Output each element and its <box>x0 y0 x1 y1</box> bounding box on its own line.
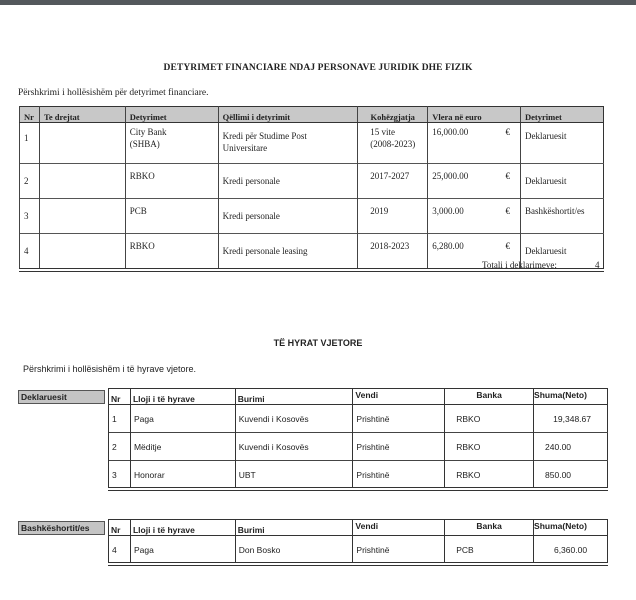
cell-detyrimet-line2: (SHBA) <box>130 139 160 149</box>
cell-qellimi-line2: Universitare <box>223 143 267 153</box>
cell-nr: 1 <box>20 123 40 164</box>
total-value: 4 <box>595 260 600 270</box>
cell-vlera: 25,000.00€ <box>428 164 521 199</box>
euro-icon: € <box>506 205 511 217</box>
cell-pala: Bashkëshortit/es <box>521 199 604 234</box>
cell-shuma: 240.00 <box>534 433 608 461</box>
table-row: 1 Paga Kuvendi i Kosovës Prishtinë RBKO … <box>109 405 608 433</box>
cell-shuma: 19,348.67 <box>534 405 608 433</box>
cell-lloji: Honorar <box>130 461 235 489</box>
col-nr: Nr <box>20 107 40 123</box>
annual-income-description: Përshkrimi i hollësishëm i të hyrave vje… <box>23 364 196 374</box>
cell-kohezgjatja: 2017-2027 <box>358 164 428 199</box>
cell-vendi: Prishtinë <box>353 461 445 489</box>
col-vendi: Vendi <box>353 520 445 536</box>
cell-detyrimet: RBKO <box>125 164 218 199</box>
cell-lloji: Mëditje <box>130 433 235 461</box>
table-row: 3 PCB Kredi personale 2019 3,000.00€ Bas… <box>20 199 604 234</box>
col-te-drejtat: Te drejtat <box>39 107 125 123</box>
cell-nr: 3 <box>109 461 131 489</box>
col-banka: Banka <box>445 389 534 405</box>
cell-burimi: Kuvendi i Kosovës <box>235 433 353 461</box>
table-row: 2 Mëditje Kuvendi i Kosovës Prishtinë RB… <box>109 433 608 461</box>
cell-qellimi: Kredi personale leasing <box>218 234 358 271</box>
cell-vendi: Prishtinë <box>353 536 445 564</box>
financial-obligations-description: Përshkrimi i hollësishëm për detyrimet f… <box>18 88 208 98</box>
cell-vlera-amount: 16,000.00 <box>432 127 468 137</box>
cell-nr: 4 <box>109 536 131 564</box>
col-pala: Detyrimet <box>521 107 604 123</box>
cell-te-drejtat <box>39 164 125 199</box>
col-burimi: Burimi <box>235 389 353 405</box>
group-label-declarant: Deklaruesit <box>18 390 105 404</box>
table-header-row: Nr Lloji i të hyrave Burimi Vendi Banka … <box>109 520 608 536</box>
cell-shuma: 850.00 <box>534 461 608 489</box>
cell-detyrimet: PCB <box>125 199 218 234</box>
cell-kohezgjatja: 2018-2023 <box>358 234 428 271</box>
table-header-row: Nr Te drejtat Detyrimet Qëllimi i detyri… <box>20 107 604 123</box>
cell-vendi: Prishtinë <box>353 433 445 461</box>
cell-qellimi: Kredi për Studime PostUniversitare <box>218 123 358 164</box>
col-qellimi: Qëllimi i detyrimit <box>218 107 358 123</box>
cell-banka: RBKO <box>445 405 534 433</box>
table-header-row: Nr Lloji i të hyrave Burimi Vendi Banka … <box>109 389 608 405</box>
total-declarations: Totali i deklarimeve: 4 <box>482 260 557 270</box>
cell-kohezgjatja: 15 vite(2008-2023) <box>358 123 428 164</box>
cell-shuma: 6,360.00 <box>534 536 608 564</box>
cell-vlera-amount: 6,280.00 <box>432 241 464 251</box>
income-table-declarant: Nr Lloji i të hyrave Burimi Vendi Banka … <box>108 388 608 491</box>
euro-icon: € <box>506 170 511 182</box>
financial-obligations-title: DETYRIMET FINANCIARE NDAJ PERSONAVE JURI… <box>0 63 636 73</box>
col-nr: Nr <box>109 520 131 536</box>
cell-banka: RBKO <box>445 461 534 489</box>
euro-icon: € <box>506 126 511 138</box>
cell-detyrimet-line1: City Bank <box>130 127 167 137</box>
cell-burimi: Don Bosko <box>235 536 353 564</box>
col-kohezgjatja: Kohëzgjatja <box>358 107 428 123</box>
cell-vlera: 16,000.00€ <box>428 123 521 164</box>
cell-vendi: Prishtinë <box>353 405 445 433</box>
table-row: 1 City Bank(SHBA) Kredi për Studime Post… <box>20 123 604 164</box>
table-row: 2 RBKO Kredi personale 2017-2027 25,000.… <box>20 164 604 199</box>
total-label: Totali i deklarimeve: <box>482 260 557 270</box>
cell-nr: 4 <box>20 234 40 271</box>
cell-banka: PCB <box>445 536 534 564</box>
col-detyrimet: Detyrimet <box>125 107 218 123</box>
cell-nr: 2 <box>20 164 40 199</box>
cell-kohezgjatja: 2019 <box>358 199 428 234</box>
cell-te-drejtat <box>39 234 125 271</box>
euro-icon: € <box>506 240 511 252</box>
cell-burimi: UBT <box>235 461 353 489</box>
cell-te-drejtat <box>39 123 125 164</box>
cell-detyrimet: RBKO <box>125 234 218 271</box>
cell-qellimi-line1: Kredi për Studime Post <box>223 131 307 141</box>
col-vendi: Vendi <box>353 389 445 405</box>
col-vlera: Vlera në euro <box>428 107 521 123</box>
table-row: 3 Honorar UBT Prishtinë RBKO 850.00 <box>109 461 608 489</box>
cell-nr: 1 <box>109 405 131 433</box>
cell-te-drejtat <box>39 199 125 234</box>
cell-lloji: Paga <box>130 405 235 433</box>
cell-qellimi: Kredi personale <box>218 199 358 234</box>
cell-kohezgjatja-line1: 15 vite <box>370 127 395 137</box>
col-burimi: Burimi <box>235 520 353 536</box>
cell-vlera-amount: 3,000.00 <box>432 206 464 216</box>
financial-obligations-table: Nr Te drejtat Detyrimet Qëllimi i detyri… <box>19 106 604 272</box>
cell-pala: Deklaruesit <box>521 123 604 164</box>
cell-vlera: 3,000.00€ <box>428 199 521 234</box>
col-banka: Banka <box>445 520 534 536</box>
annual-income-title: TË HYRAT VJETORE <box>0 338 636 348</box>
col-shuma: Shuma(Neto) <box>534 389 608 405</box>
col-lloji: Lloji i të hyrave <box>130 520 235 536</box>
table-row: 4 Paga Don Bosko Prishtinë PCB 6,360.00 <box>109 536 608 564</box>
cell-lloji: Paga <box>130 536 235 564</box>
cell-burimi: Kuvendi i Kosovës <box>235 405 353 433</box>
col-shuma: Shuma(Neto) <box>534 520 608 536</box>
cell-qellimi: Kredi personale <box>218 164 358 199</box>
viewer-top-bar <box>0 0 636 5</box>
cell-kohezgjatja-line2: (2008-2023) <box>370 139 415 149</box>
cell-banka: RBKO <box>445 433 534 461</box>
cell-nr: 3 <box>20 199 40 234</box>
group-label-spouse: Bashkëshortit/es <box>18 521 105 535</box>
cell-nr: 2 <box>109 433 131 461</box>
income-table-spouse: Nr Lloji i të hyrave Burimi Vendi Banka … <box>108 519 608 566</box>
cell-detyrimet: City Bank(SHBA) <box>125 123 218 164</box>
col-lloji: Lloji i të hyrave <box>130 389 235 405</box>
cell-vlera-amount: 25,000.00 <box>432 171 468 181</box>
cell-pala: Deklaruesit <box>521 164 604 199</box>
col-nr: Nr <box>109 389 131 405</box>
